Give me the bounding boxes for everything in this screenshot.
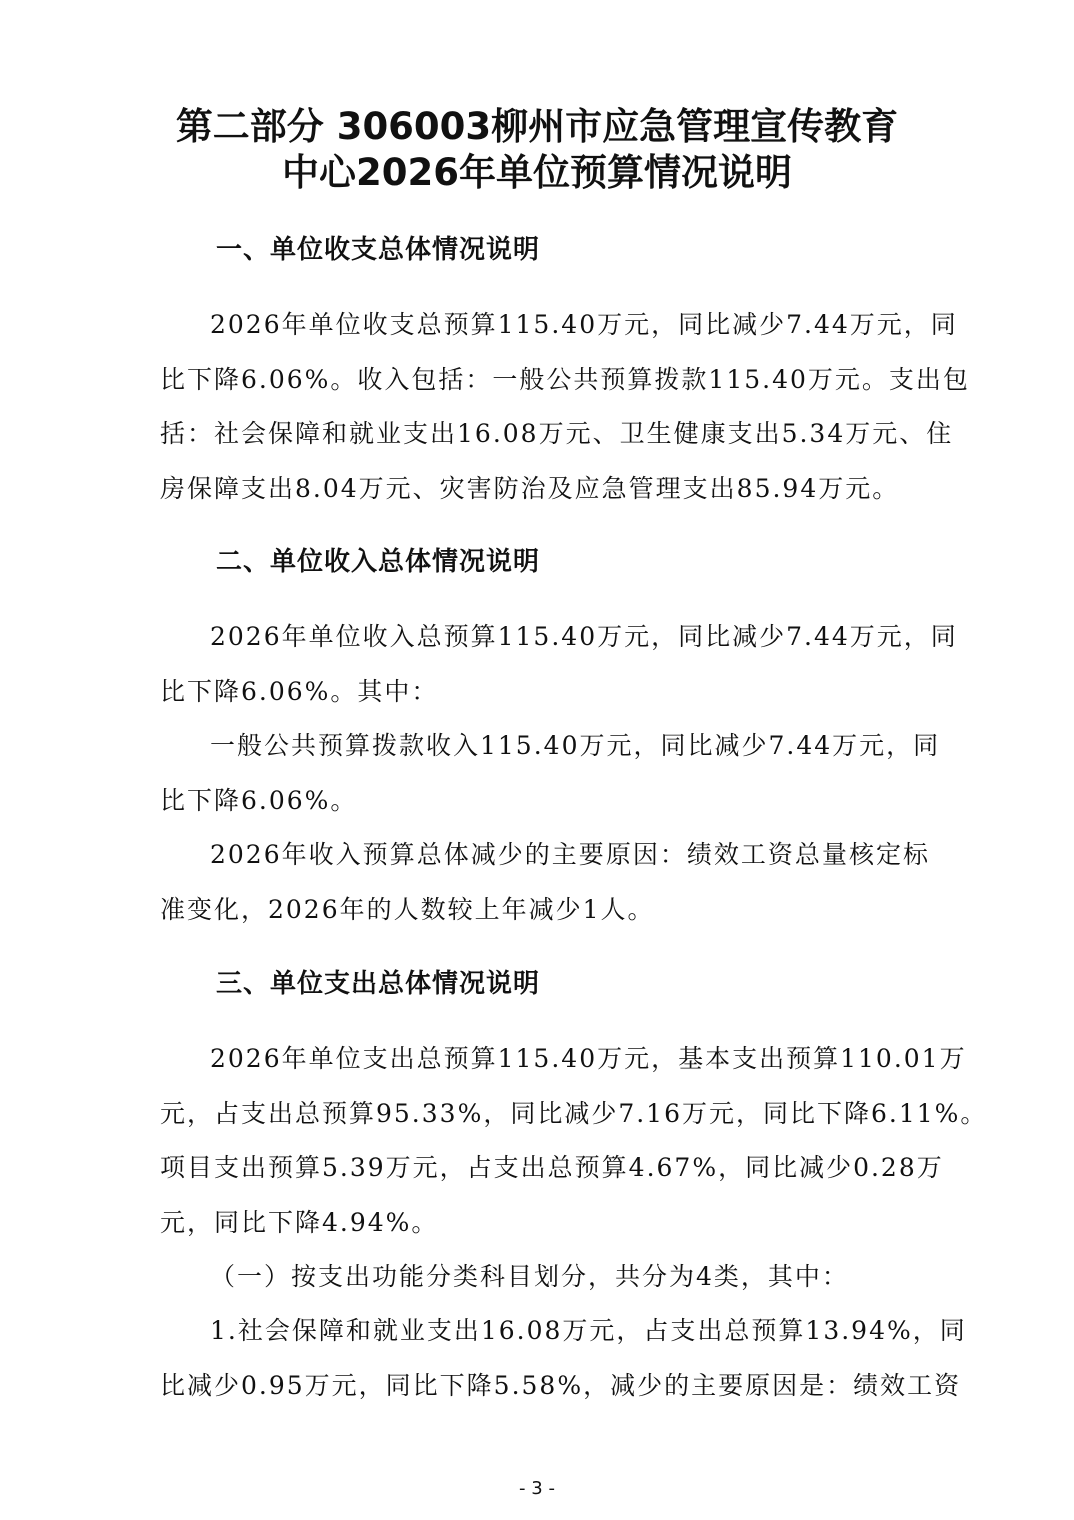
- text-line: 比下降6.06%。: [160, 774, 930, 829]
- text-line: 1.社会保障和就业支出16.08万元，占支出总预算13.94%，同: [160, 1304, 930, 1359]
- text-line: 项目支出预算5.39万元，占支出总预算4.67%，同比减少0.28万: [160, 1141, 930, 1196]
- section-3-paragraph-2: （一）按支出功能分类科目划分，共分为4类，其中：: [160, 1250, 930, 1305]
- text-line: 元，占支出总预算95.33%，同比减少7.16万元，同比下降6.11%。: [160, 1087, 930, 1142]
- text-line: 房保障支出8.04万元、灾害防治及应急管理支出85.94万元。: [160, 462, 930, 517]
- text-line: 2026年单位收支总预算115.40万元，同比减少7.44万元，同: [160, 298, 930, 353]
- text-line: 2026年单位收入总预算115.40万元，同比减少7.44万元，同: [160, 610, 930, 665]
- page-title-line-1: 第二部分 306003柳州市应急管理宣传教育: [0, 104, 1074, 150]
- text-line: 比下降6.06%。收入包括：一般公共预算拨款115.40万元。支出包: [160, 353, 930, 408]
- text-line: 一般公共预算拨款收入115.40万元，同比减少7.44万元，同: [160, 719, 930, 774]
- text-line: 比减少0.95万元，同比下降5.58%，减少的主要原因是：绩效工资: [160, 1359, 930, 1414]
- text-line: 比下降6.06%。其中：: [160, 665, 930, 720]
- section-heading-1: 一、单位收支总体情况说明: [216, 234, 540, 266]
- section-2-paragraph-1: 2026年单位收入总预算115.40万元，同比减少7.44万元，同 比下降6.0…: [160, 610, 930, 719]
- section-heading-2: 二、单位收入总体情况说明: [216, 546, 540, 578]
- page-title-line-2: 中心2026年单位预算情况说明: [0, 150, 1074, 196]
- text-line: 2026年收入预算总体减少的主要原因：绩效工资总量核定标: [160, 828, 930, 883]
- section-3-paragraph-3: 1.社会保障和就业支出16.08万元，占支出总预算13.94%，同 比减少0.9…: [160, 1304, 930, 1413]
- section-2-paragraph-2: 一般公共预算拨款收入115.40万元，同比减少7.44万元，同 比下降6.06%…: [160, 719, 930, 828]
- page-number: - 3 -: [0, 1478, 1074, 1499]
- section-2-paragraph-3: 2026年收入预算总体减少的主要原因：绩效工资总量核定标 准变化，2026年的人…: [160, 828, 930, 937]
- section-heading-3: 三、单位支出总体情况说明: [216, 968, 540, 1000]
- section-1-paragraph-1: 2026年单位收支总预算115.40万元，同比减少7.44万元，同 比下降6.0…: [160, 298, 930, 516]
- text-line: 括：社会保障和就业支出16.08万元、卫生健康支出5.34万元、住: [160, 407, 930, 462]
- page-title: 第二部分 306003柳州市应急管理宣传教育 中心2026年单位预算情况说明: [0, 104, 1074, 196]
- text-line: 元，同比下降4.94%。: [160, 1196, 930, 1251]
- text-line: 2026年单位支出总预算115.40万元，基本支出预算110.01万: [160, 1032, 930, 1087]
- section-3-paragraph-1: 2026年单位支出总预算115.40万元，基本支出预算110.01万 元，占支出…: [160, 1032, 930, 1250]
- text-line: （一）按支出功能分类科目划分，共分为4类，其中：: [160, 1250, 930, 1305]
- text-line: 准变化，2026年的人数较上年减少1人。: [160, 883, 930, 938]
